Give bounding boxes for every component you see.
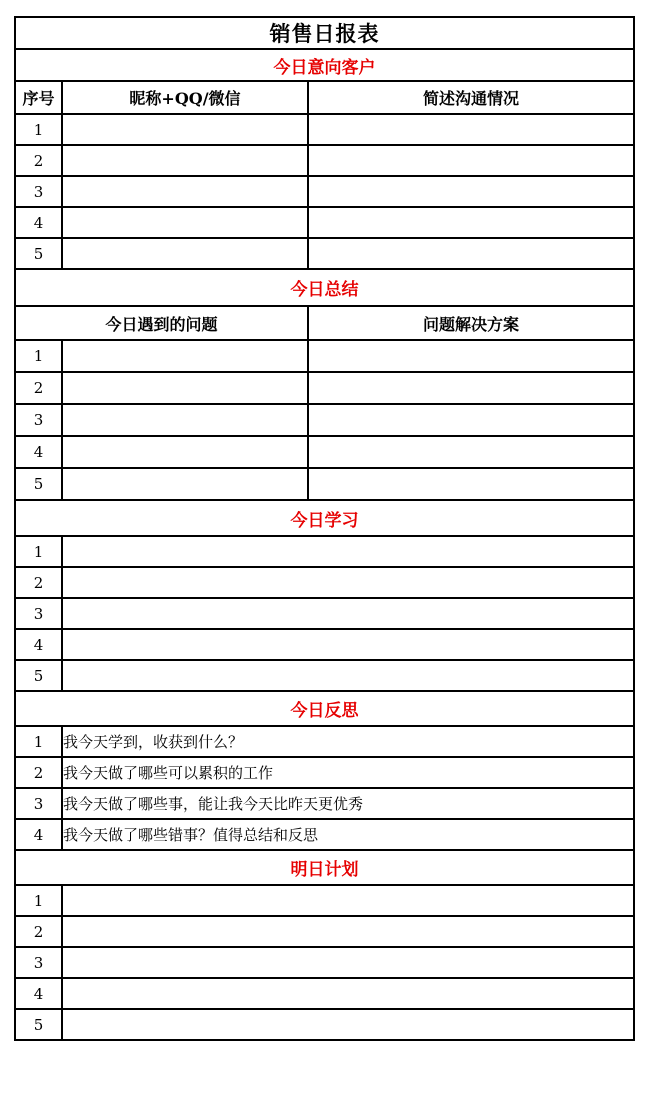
table-row: 5: [15, 468, 634, 500]
tomorrow-plan-cell[interactable]: [62, 947, 634, 978]
intent-nickname-cell[interactable]: [62, 145, 308, 176]
row-number: 3: [15, 947, 62, 978]
tomorrow-plan-cell[interactable]: [62, 978, 634, 1009]
table-row: 5: [15, 660, 634, 691]
intent-summary-cell[interactable]: [308, 176, 634, 207]
learning-content-cell[interactable]: [62, 536, 634, 567]
learning-content-cell[interactable]: [62, 629, 634, 660]
table-row: 2: [15, 145, 634, 176]
table-row: 3: [15, 176, 634, 207]
section-header-reflection: 今日反思: [15, 691, 634, 726]
table-row: 4: [15, 629, 634, 660]
intent-summary-cell[interactable]: [308, 207, 634, 238]
reflection-prompt: 我今天做了哪些事，能让我今天比昨天更优秀: [62, 788, 634, 819]
col-header-solution: 问题解决方案: [308, 306, 634, 340]
learning-content-cell[interactable]: [62, 567, 634, 598]
summary-solution-cell[interactable]: [308, 436, 634, 468]
reflection-prompt: 我今天学到，收获到什么？: [62, 726, 634, 757]
table-row: 5: [15, 1009, 634, 1040]
col-header-nickname: 昵称+QQ/微信: [62, 81, 308, 114]
row-number: 4: [15, 436, 62, 468]
table-row: 3: [15, 598, 634, 629]
row-number: 3: [15, 404, 62, 436]
table-row: 5: [15, 238, 634, 269]
col-header-serial: 序号: [15, 81, 62, 114]
section-header-intent: 今日意向客户: [15, 49, 634, 81]
intent-nickname-cell[interactable]: [62, 238, 308, 269]
row-number: 4: [15, 207, 62, 238]
row-number: 3: [15, 598, 62, 629]
learning-content-cell[interactable]: [62, 660, 634, 691]
table-row: 2: [15, 567, 634, 598]
table-row: 1: [15, 885, 634, 916]
summary-problem-cell[interactable]: [62, 340, 308, 372]
page-title: 销售日报表: [15, 17, 634, 49]
row-number: 2: [15, 145, 62, 176]
table-row: 4: [15, 207, 634, 238]
tomorrow-plan-cell[interactable]: [62, 916, 634, 947]
table-row: 4: [15, 978, 634, 1009]
daily-sales-report-sheet: 销售日报表 今日意向客户 序号 昵称+QQ/微信 简述沟通情况 1 2 3 4: [14, 16, 635, 1041]
row-number: 2: [15, 372, 62, 404]
summary-problem-cell[interactable]: [62, 372, 308, 404]
intent-nickname-cell[interactable]: [62, 176, 308, 207]
intent-nickname-cell[interactable]: [62, 114, 308, 145]
tomorrow-plan-cell[interactable]: [62, 885, 634, 916]
intent-summary-cell[interactable]: [308, 145, 634, 176]
row-number: 4: [15, 629, 62, 660]
summary-problem-cell[interactable]: [62, 468, 308, 500]
row-number: 3: [15, 176, 62, 207]
row-number: 1: [15, 340, 62, 372]
section-header-tomorrow: 明日计划: [15, 850, 634, 885]
row-number: 1: [15, 885, 62, 916]
tomorrow-plan-cell[interactable]: [62, 1009, 634, 1040]
col-header-problem: 今日遇到的问题: [15, 306, 308, 340]
section-header-summary: 今日总结: [15, 269, 634, 306]
row-number: 1: [15, 536, 62, 567]
table-row: 1: [15, 536, 634, 567]
summary-solution-cell[interactable]: [308, 404, 634, 436]
learning-content-cell[interactable]: [62, 598, 634, 629]
intent-summary-cell[interactable]: [308, 114, 634, 145]
table-row: 2: [15, 372, 634, 404]
table-row: 1 我今天学到，收获到什么？: [15, 726, 634, 757]
row-number: 5: [15, 660, 62, 691]
row-number: 2: [15, 567, 62, 598]
row-number: 2: [15, 757, 62, 788]
intent-nickname-cell[interactable]: [62, 207, 308, 238]
section-header-learning: 今日学习: [15, 500, 634, 536]
row-number: 4: [15, 819, 62, 850]
table-row: 1: [15, 340, 634, 372]
table-row: 2 我今天做了哪些可以累积的工作: [15, 757, 634, 788]
row-number: 2: [15, 916, 62, 947]
row-number: 5: [15, 468, 62, 500]
reflection-prompt: 我今天做了哪些可以累积的工作: [62, 757, 634, 788]
col-header-communication: 简述沟通情况: [308, 81, 634, 114]
row-number: 5: [15, 238, 62, 269]
row-number: 1: [15, 726, 62, 757]
table-row: 3 我今天做了哪些事，能让我今天比昨天更优秀: [15, 788, 634, 819]
reflection-prompt: 我今天做了哪些错事？值得总结和反思: [62, 819, 634, 850]
report-table: 销售日报表 今日意向客户 序号 昵称+QQ/微信 简述沟通情况 1 2 3 4: [14, 16, 635, 1041]
summary-problem-cell[interactable]: [62, 404, 308, 436]
summary-solution-cell[interactable]: [308, 372, 634, 404]
row-number: 1: [15, 114, 62, 145]
summary-problem-cell[interactable]: [62, 436, 308, 468]
intent-summary-cell[interactable]: [308, 238, 634, 269]
table-row: 2: [15, 916, 634, 947]
table-row: 4: [15, 436, 634, 468]
table-row: 1: [15, 114, 634, 145]
table-row: 4 我今天做了哪些错事？值得总结和反思: [15, 819, 634, 850]
summary-solution-cell[interactable]: [308, 340, 634, 372]
row-number: 4: [15, 978, 62, 1009]
summary-solution-cell[interactable]: [308, 468, 634, 500]
row-number: 5: [15, 1009, 62, 1040]
row-number: 3: [15, 788, 62, 819]
table-row: 3: [15, 404, 634, 436]
table-row: 3: [15, 947, 634, 978]
